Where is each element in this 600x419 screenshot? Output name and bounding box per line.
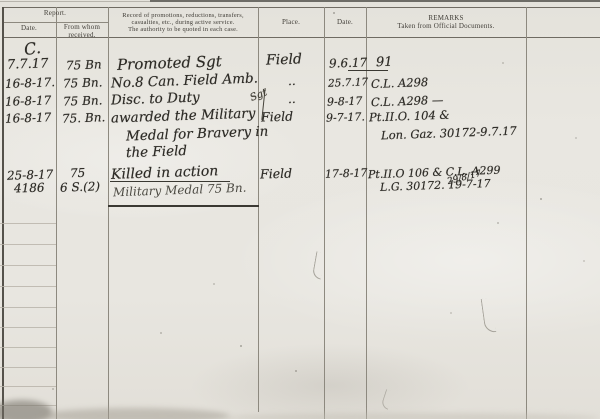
header-remarks: REMARKS Taken from Official Documents. [366, 15, 526, 31]
scan-speck [333, 12, 335, 14]
row2-place-ditto: .. [288, 74, 296, 88]
row5-event-date: 17-8-17 [325, 166, 368, 180]
row-rule [0, 307, 56, 308]
scan-speck [583, 260, 585, 262]
row3-remarks: C.L. A298 — [371, 93, 444, 110]
row1-place: Field [266, 51, 302, 68]
header-record: Record of promotions, reductions, transf… [108, 12, 258, 34]
header-report-from: From whom received. [56, 24, 108, 40]
col-rule-remarks-end [526, 7, 527, 419]
scan-speck [160, 332, 162, 334]
row4-record-line2: Medal for Bravery in [126, 124, 269, 145]
row-rule [0, 244, 56, 245]
scan-speck [575, 137, 577, 139]
row5-record-line1: Killed in action [111, 163, 219, 183]
header-report-from-line2: received. [68, 31, 95, 39]
header-place: Place. [258, 19, 324, 27]
row-rule [0, 386, 56, 387]
scan-top-edge-left [0, 1, 150, 2]
row3-place-ditto: .. [288, 92, 296, 106]
record-sheet-page: Report. Date. From whom received. Record… [0, 0, 600, 419]
header-record-line1: Record of promotions, reductions, transf… [122, 12, 244, 19]
col-rule-record-place [258, 7, 259, 412]
row2-record: No.8 Can. Field Amb. [111, 70, 258, 91]
scan-speck [240, 345, 242, 347]
page-left-edge [2, 7, 4, 419]
scan-speck [52, 388, 54, 390]
row5-record-underline [108, 205, 259, 207]
table-top-border [2, 7, 600, 8]
row4-remarks-line1: Pt.II.O. 104 & [369, 108, 450, 125]
row3-from: 75 Bn. [63, 93, 103, 108]
row1-event-date: 9.6.17 [329, 55, 368, 70]
bottom-smudge [40, 408, 230, 419]
row-rule [0, 347, 56, 348]
row-rule [0, 367, 56, 368]
row4-place: Field [261, 108, 294, 124]
row1-report-date: 7.7.17 [7, 56, 49, 72]
row-rule [0, 327, 56, 328]
scan-speck [497, 222, 499, 224]
row5-report-date-line2: 4186 [14, 180, 45, 195]
row2-remarks: C.L. A298 [371, 75, 429, 91]
row-rule [0, 265, 56, 266]
row2-report-date: 16-8-17. [5, 75, 56, 91]
header-record-line3: The authority to be quoted in each case. [128, 26, 238, 33]
row-rule [0, 223, 56, 224]
row5-from-line1: 75 [70, 166, 86, 181]
header-report-group: Report. [2, 10, 108, 18]
bottom-streak [220, 413, 600, 419]
scan-top-edge [150, 0, 600, 2]
header-remarks-line1: REMARKS [428, 14, 463, 22]
header-report-date: Date. [2, 25, 56, 33]
row1-record: Promoted Sgt [117, 52, 222, 74]
row1-from: 75 Bn [66, 57, 102, 72]
row-rule [0, 286, 56, 287]
row3-record: Disc. to Duty [111, 89, 200, 108]
scan-speck [213, 283, 215, 285]
place-insert-note: Sgt [249, 87, 269, 104]
header-date: Date. [324, 19, 366, 27]
row5-record-line2: Military Medal 75 Bn. [113, 181, 247, 200]
row5-from-line2: 6 S.(2) [60, 179, 101, 194]
row4-record-line1: awarded the Military [111, 105, 256, 126]
row3-event-date: 9-8-17 [327, 94, 363, 108]
col-rule-from-record [108, 7, 109, 419]
header-remarks-line2: Taken from Official Documents. [397, 22, 494, 30]
stray-mark [380, 389, 393, 410]
row4-from: 75. Bn. [62, 110, 106, 126]
header-report-from-line1: From whom [64, 23, 100, 31]
scan-speck [502, 62, 504, 64]
row4-event-date: 9-7-17. [326, 110, 365, 124]
row2-event-date: 25.7.17 [328, 76, 368, 89]
row5-remarks-line2: L.G. 30172. 19-7-17 [380, 177, 491, 194]
scan-speck [450, 312, 452, 314]
row1-remarks: 91 [376, 55, 393, 71]
col-rule-place-date [324, 7, 325, 419]
scan-speck [295, 370, 297, 372]
stray-mark [481, 297, 497, 333]
row4-report-date: 16-8-17 [5, 110, 52, 126]
col-rule-date-from [56, 7, 57, 419]
scan-speck [540, 198, 542, 200]
row2-from: 75 Bn. [63, 75, 103, 90]
row5-place: Field [260, 165, 293, 181]
row4-remarks-line2: Lon. Gaz. 30172-9.7.17 [381, 124, 517, 143]
row1-underline-stroke [348, 70, 388, 71]
row3-report-date: 16-8-17 [5, 93, 52, 109]
header-record-line2: casualties, etc., during active service. [131, 19, 234, 26]
row4-record-line3: the Field [126, 143, 188, 161]
